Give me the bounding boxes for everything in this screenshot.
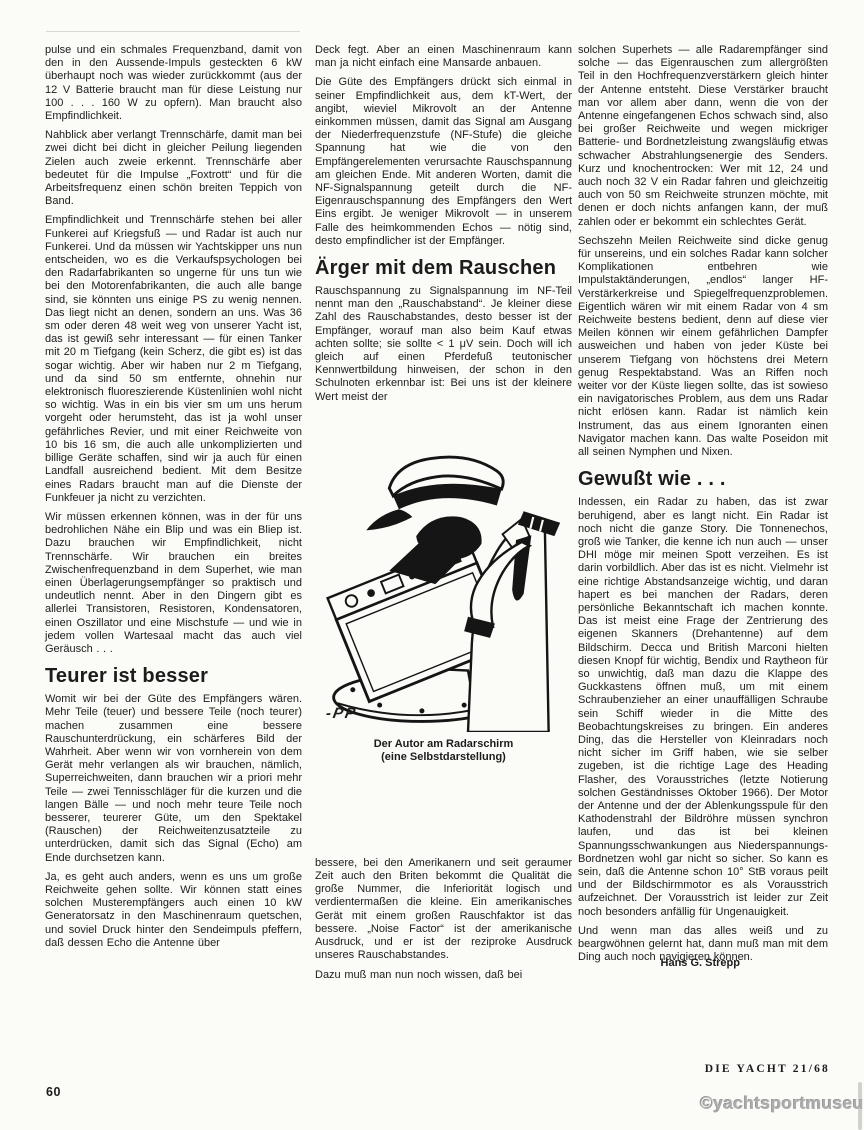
caption-line-2: (eine Selbstdarstellung) bbox=[315, 751, 572, 765]
paragraph: Nahblick aber verlangt Trennschärfe, dam… bbox=[45, 129, 302, 208]
scan-artifact-line bbox=[46, 31, 300, 32]
paragraph: Empfindlichkeit und Trennschärfe stehen … bbox=[45, 214, 302, 504]
paragraph: bessere, bei den Amerikanern und seit ge… bbox=[315, 857, 572, 963]
section-heading-gewusst-wie: Gewußt wie . . . bbox=[578, 468, 828, 491]
caption-line-1: Der Autor am Radarschirm bbox=[315, 738, 572, 752]
text-column-2: Deck fegt. Aber an einen Maschinenraum k… bbox=[315, 44, 572, 988]
watermark: ©yachtsportmuseum.de bbox=[700, 1093, 864, 1114]
paragraph: Ja, es geht auch anders, wenn es uns um … bbox=[45, 871, 302, 950]
paragraph: Dazu muß man nun noch wissen, daß bei bbox=[315, 969, 572, 982]
paragraph: pulse und ein schmales Frequenzband, dam… bbox=[45, 44, 302, 123]
section-heading-teurer-ist-besser: Teurer ist besser bbox=[45, 665, 302, 688]
paragraph: Deck fegt. Aber an einen Maschinenraum k… bbox=[315, 44, 572, 70]
paragraph: Die Güte des Empfängers drückt sich einm… bbox=[315, 76, 572, 248]
paragraph: Rauschspannung zu Signalspannung im NF-T… bbox=[315, 285, 572, 404]
paragraph: Womit wir bei der Güte des Empfängers wä… bbox=[45, 693, 302, 865]
scan-edge-shadow bbox=[858, 1082, 862, 1130]
radar-cartoon-drawing bbox=[324, 444, 564, 732]
text-column-1: pulse und ein schmales Frequenzband, dam… bbox=[45, 44, 302, 956]
illustration-caption: Der Autor am Radarschirm (eine Selbstdar… bbox=[315, 738, 572, 765]
paragraph: Wir müssen erkennen können, was in der f… bbox=[45, 511, 302, 656]
magazine-page: pulse und ein schmales Frequenzband, dam… bbox=[0, 0, 864, 1130]
journal-issue-label: DIE YACHT 21/68 bbox=[705, 1063, 830, 1075]
text-column-3: solchen Superhets — alle Radarempfänger … bbox=[578, 44, 828, 971]
section-heading-aerger-mit-dem-rauschen: Ärger mit dem Rauschen bbox=[315, 257, 572, 280]
page-number: 60 bbox=[46, 1085, 61, 1099]
paragraph: Indessen, ein Radar zu haben, das ist zw… bbox=[578, 496, 828, 919]
illustrator-signature: -PP bbox=[324, 705, 358, 722]
paragraph: Sechszehn Meilen Reichweite sind dicke g… bbox=[578, 235, 828, 459]
paragraph: solchen Superhets — alle Radarempfänger … bbox=[578, 44, 828, 229]
illustration-author-at-radar: -PP bbox=[324, 444, 564, 732]
